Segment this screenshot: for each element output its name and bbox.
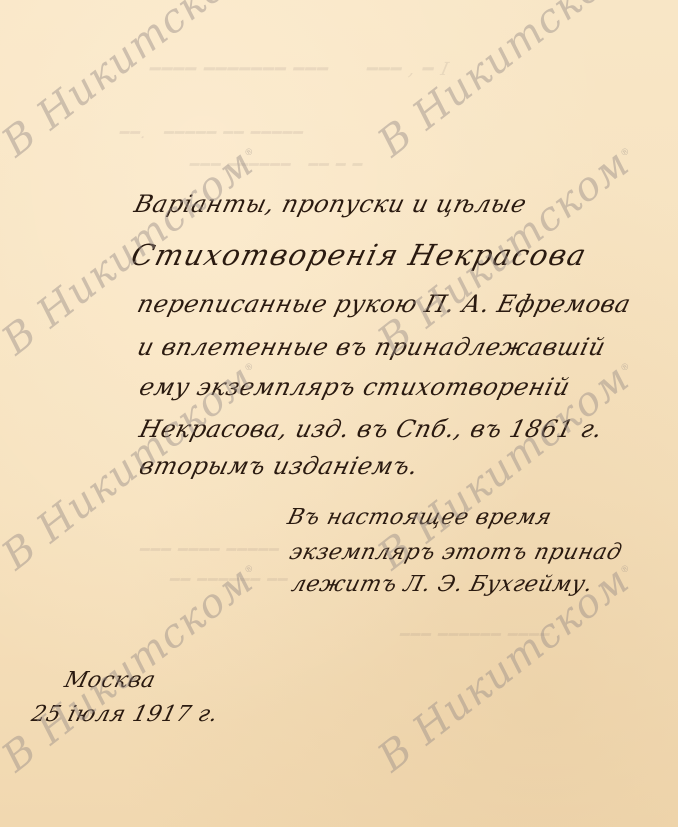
manuscript-page: ━━━━ ━━━━━━━ ━━━ ━━━ , ━ I ━━. ━━━━━ ━━ …	[0, 0, 678, 827]
watermark: В Никитском®	[370, 0, 646, 166]
bleed-through-text: ━━━━ ━━━━━━━ ━━━ ━━━ , ━ I	[147, 55, 452, 81]
ownership-note-line-2: экземпляръ этотъ принад	[287, 540, 625, 565]
bleed-through-text: ━━. ━━━━━ ━━ ━━━━━	[118, 120, 307, 143]
main-text-line-3: переписанные рукою П. А. Ефремова	[135, 290, 634, 318]
ownership-note-line-3: лежитъ Л. Э. Бухгейму.	[289, 572, 596, 597]
watermark: В Никитском®	[0, 551, 270, 781]
main-text-line-4: и вплетенные въ принадлежавшій	[135, 333, 609, 361]
bleed-through-text: ━━━ ━━━━ ━━━━━	[138, 540, 282, 559]
main-text-line-7: вторымъ изданіемъ.	[137, 452, 422, 480]
